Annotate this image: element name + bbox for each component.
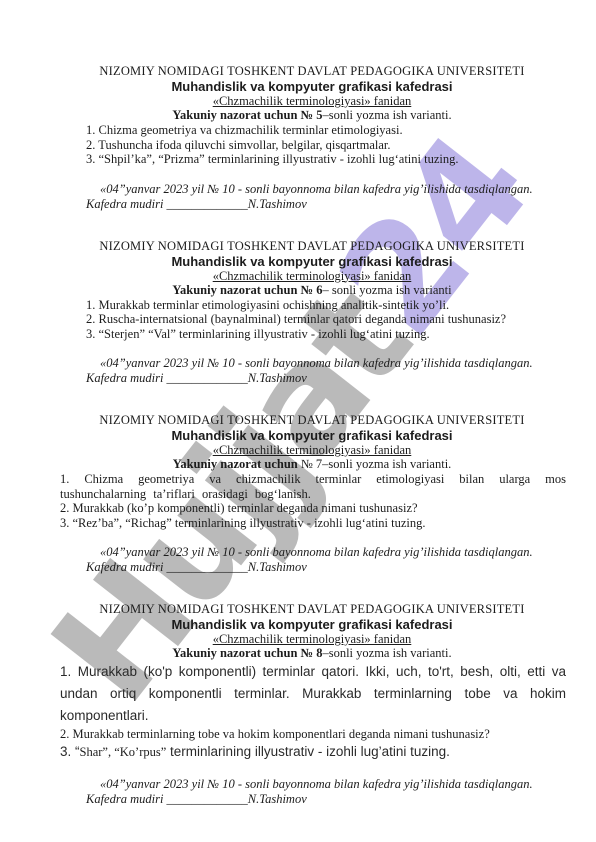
signature-line: Kafedra mudiri _____________N.Tashimov	[86, 560, 566, 575]
university-title: NIZOMIY NOMIDAGI TOSHKENT DAVLAT PEDAGOG…	[58, 413, 566, 428]
variant-heading-rest: – sonli yozma ish varianti	[322, 283, 451, 297]
variant-heading: Yakuniy nazorat uchun № 8–sonli yozma is…	[58, 646, 566, 661]
exam-variant-block-5: NIZOMIY NOMIDAGI TOSHKENT DAVLAT PEDAGOG…	[58, 64, 566, 212]
variant-heading-rest: –sonli yozma ish varianti.	[322, 646, 451, 660]
question-item-rest: terminlarining illyustrativ - izohli lug…	[166, 744, 450, 759]
question-item: 1. Murakkab (ko'p komponentli) terminlar…	[60, 661, 566, 727]
exam-variant-block-6: NIZOMIY NOMIDAGI TOSHKENT DAVLAT PEDAGOG…	[58, 239, 566, 387]
approval-line: «04”yanvar 2023 yil № 10 - sonli bayonno…	[100, 777, 566, 792]
question-item: 3. “Sterjen” “Val” terminlarining illyus…	[86, 327, 566, 342]
signature-line: Kafedra mudiri _____________N.Tashimov	[86, 792, 566, 807]
department-title: Muhandislik va kompyuter grafikasi kafed…	[58, 428, 566, 443]
question-item: 2. Tushuncha ifoda qiluvchi simvollar, b…	[86, 138, 566, 153]
question-list: 1. Murakkab (ko'p komponentli) terminlar…	[60, 661, 566, 762]
document-page: Hujjat24 NIZOMIY NOMIDAGI TOSHKENT DAVLA…	[0, 0, 596, 842]
variant-heading-bold: Yakuniy nazorat uchun № 8	[172, 646, 322, 660]
question-list: 1. Chizma geometriya va chizmachilik ter…	[60, 472, 566, 530]
variant-heading-bold: Yakuniy nazorat uchun № 5	[172, 108, 322, 122]
question-item: 2. Murakkab terminlarning tobe va hokim …	[60, 727, 566, 742]
question-item: 1. Chizma geometriya va chizmachilik ter…	[60, 472, 566, 501]
question-item: 2. Ruscha-internatsional (baynalminal) t…	[86, 312, 566, 327]
variant-heading: Yakuniy nazorat uchun № 6– sonli yozma i…	[58, 283, 566, 298]
subject-line: «Chzmachilik terminologiyasi» fanidan	[58, 269, 566, 283]
question-item: 1. Murakkab terminlar etimologiyasini oc…	[86, 298, 566, 313]
question-item: 3. “Shpil’ka”, “Prizma” terminlarining i…	[86, 152, 566, 167]
question-item: 3. “Rez’ba”, “Richag” terminlarining ill…	[60, 516, 566, 531]
question-list: 1. Chizma geometriya va chizmachilik ter…	[86, 123, 566, 167]
signature-line: Kafedra mudiri _____________N.Tashimov	[86, 371, 566, 386]
subject-line: «Chzmachilik terminologiyasi» fanidan	[58, 632, 566, 646]
subject-line: «Chzmachilik terminologiyasi» fanidan	[58, 443, 566, 457]
variant-heading-bold: Yakuniy nazorat uchun	[173, 457, 298, 471]
department-title: Muhandislik va kompyuter grafikasi kafed…	[58, 79, 566, 94]
exam-variant-block-8: NIZOMIY NOMIDAGI TOSHKENT DAVLAT PEDAGOG…	[58, 602, 566, 807]
question-list: 1. Murakkab terminlar etimologiyasini oc…	[86, 298, 566, 342]
question-item: 3. “Shar”, “Ko’rpus” terminlarining illy…	[60, 742, 566, 762]
department-title: Muhandislik va kompyuter grafikasi kafed…	[58, 617, 566, 632]
exam-variant-block-7: NIZOMIY NOMIDAGI TOSHKENT DAVLAT PEDAGOG…	[58, 413, 566, 575]
page-content: NIZOMIY NOMIDAGI TOSHKENT DAVLAT PEDAGOG…	[0, 0, 596, 807]
signature-line: Kafedra mudiri _____________N.Tashimov	[86, 197, 566, 212]
university-title: NIZOMIY NOMIDAGI TOSHKENT DAVLAT PEDAGOG…	[58, 64, 566, 79]
question-item: 1. Chizma geometriya va chizmachilik ter…	[86, 123, 566, 138]
variant-heading-bold: Yakuniy nazorat uchun № 6	[172, 283, 322, 297]
approval-line: «04”yanvar 2023 yil № 10 - sonli bayonno…	[100, 356, 566, 371]
variant-heading: Yakuniy nazorat uchun № 7–sonli yozma is…	[58, 457, 566, 472]
question-item-number: 3. “	[60, 744, 80, 759]
approval-line: «04”yanvar 2023 yil № 10 - sonli bayonno…	[100, 545, 566, 560]
question-item-terms: Shar”, “Ko’rpus”	[80, 745, 167, 759]
variant-heading-rest: № 7–sonli yozma ish varianti.	[298, 457, 452, 471]
department-title: Muhandislik va kompyuter grafikasi kafed…	[58, 254, 566, 269]
variant-heading-rest: –sonli yozma ish varianti.	[322, 108, 451, 122]
variant-heading: Yakuniy nazorat uchun № 5–sonli yozma is…	[58, 108, 566, 123]
university-title: NIZOMIY NOMIDAGI TOSHKENT DAVLAT PEDAGOG…	[58, 602, 566, 617]
university-title: NIZOMIY NOMIDAGI TOSHKENT DAVLAT PEDAGOG…	[58, 239, 566, 254]
question-item: 2. Murakkab (ko’p komponentli) terminlar…	[60, 501, 566, 516]
subject-line: «Chzmachilik terminologiyasi» fanidan	[58, 94, 566, 108]
approval-line: «04”yanvar 2023 yil № 10 - sonli bayonno…	[100, 182, 566, 197]
